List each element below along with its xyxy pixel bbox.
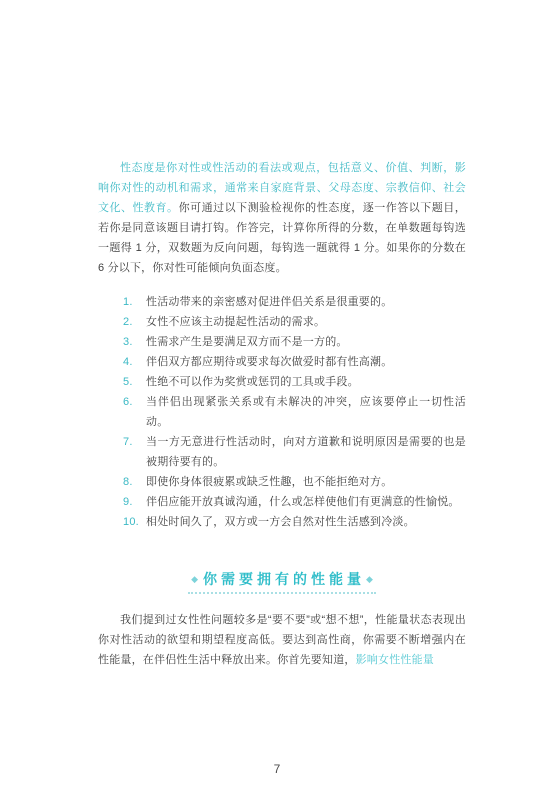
item-number: 2. [123, 312, 133, 332]
list-item: 3.性需求产生是要满足双方而不是一方的。 [98, 332, 466, 352]
item-number: 3. [123, 332, 133, 352]
item-number: 8. [123, 472, 133, 492]
item-text: 伴侣双方都应期待或要求每次做爱时都有性高潮。 [146, 356, 392, 368]
item-number: 10. [123, 512, 139, 532]
item-text: 相处时间久了，双方或一方会自然对性生活感到冷淡。 [146, 516, 415, 528]
section-title-row: ◆你需要拥有的性能量◆ [98, 570, 466, 588]
list-item: 7.当一方无意进行性活动时，向对方道歉和说明原因是需要的也是被期待要有的。 [98, 432, 466, 472]
item-text: 即使你身体很疲累或缺乏性趣，也不能拒绝对方。 [146, 476, 392, 488]
list-item: 2.女性不应该主动提起性活动的需求。 [98, 312, 466, 332]
intro-paragraph: 性态度是你对性或性活动的看法或观点，包括意义、价值、判断，影响你对性的动机和需求… [98, 158, 466, 278]
list-item: 10.相处时间久了，双方或一方会自然对性生活感到冷淡。 [98, 512, 466, 532]
list-item: 5.性绝不可以作为奖赏或惩罚的工具或手段。 [98, 372, 466, 392]
item-text: 性活动带来的亲密感对促进伴侣关系是很重要的。 [146, 296, 392, 308]
item-text: 伴侣应能开放真诚沟通，什么或怎样使他们有更满意的性愉悦。 [146, 496, 460, 508]
item-number: 1. [123, 292, 133, 312]
book-page: 性态度是你对性或性活动的看法或观点，包括意义、价值、判断，影响你对性的动机和需求… [0, 0, 554, 801]
list-item: 1.性活动带来的亲密感对促进伴侣关系是很重要的。 [98, 292, 466, 312]
dotted-divider [188, 592, 376, 594]
page-number: 7 [0, 762, 554, 776]
closing-highlight-text: 影响女性性能量 [356, 654, 434, 666]
item-text: 当一方无意进行性活动时，向对方道歉和说明原因是需要的也是被期待要有的。 [146, 436, 466, 468]
diamond-icon: ◆ [366, 574, 373, 584]
list-item: 8.即使你身体很疲累或缺乏性趣，也不能拒绝对方。 [98, 472, 466, 492]
item-number: 5. [123, 372, 133, 392]
list-item: 4.伴侣双方都应期待或要求每次做爱时都有性高潮。 [98, 352, 466, 372]
item-number: 7. [123, 432, 133, 452]
section-heading: ◆你需要拥有的性能量◆ [98, 570, 466, 594]
item-text: 性需求产生是要满足双方而不是一方的。 [146, 336, 348, 348]
attitude-quiz-list: 1.性活动带来的亲密感对促进伴侣关系是很重要的。 2.女性不应该主动提起性活动的… [98, 292, 466, 532]
item-number: 4. [123, 352, 133, 372]
item-text: 性绝不可以作为奖赏或惩罚的工具或手段。 [146, 376, 359, 388]
item-text: 当伴侣出现紧张关系或有未解决的冲突，应该要停止一切性活动。 [146, 396, 466, 428]
list-item: 6.当伴侣出现紧张关系或有未解决的冲突，应该要停止一切性活动。 [98, 392, 466, 432]
list-item: 9.伴侣应能开放真诚沟通，什么或怎样使他们有更满意的性愉悦。 [98, 492, 466, 512]
item-number: 9. [123, 492, 133, 512]
closing-paragraph: 我们提到过女性性问题较多是“要不要”或“想不想”，性能量状态表现出你对性活动的欲… [98, 610, 466, 670]
diamond-icon: ◆ [191, 574, 198, 584]
page-content: 性态度是你对性或性活动的看法或观点，包括意义、价值、判断，影响你对性的动机和需求… [98, 158, 466, 670]
item-number: 6. [123, 392, 133, 412]
section-title: 你需要拥有的性能量 [203, 571, 365, 587]
item-text: 女性不应该主动提起性活动的需求。 [146, 316, 325, 328]
